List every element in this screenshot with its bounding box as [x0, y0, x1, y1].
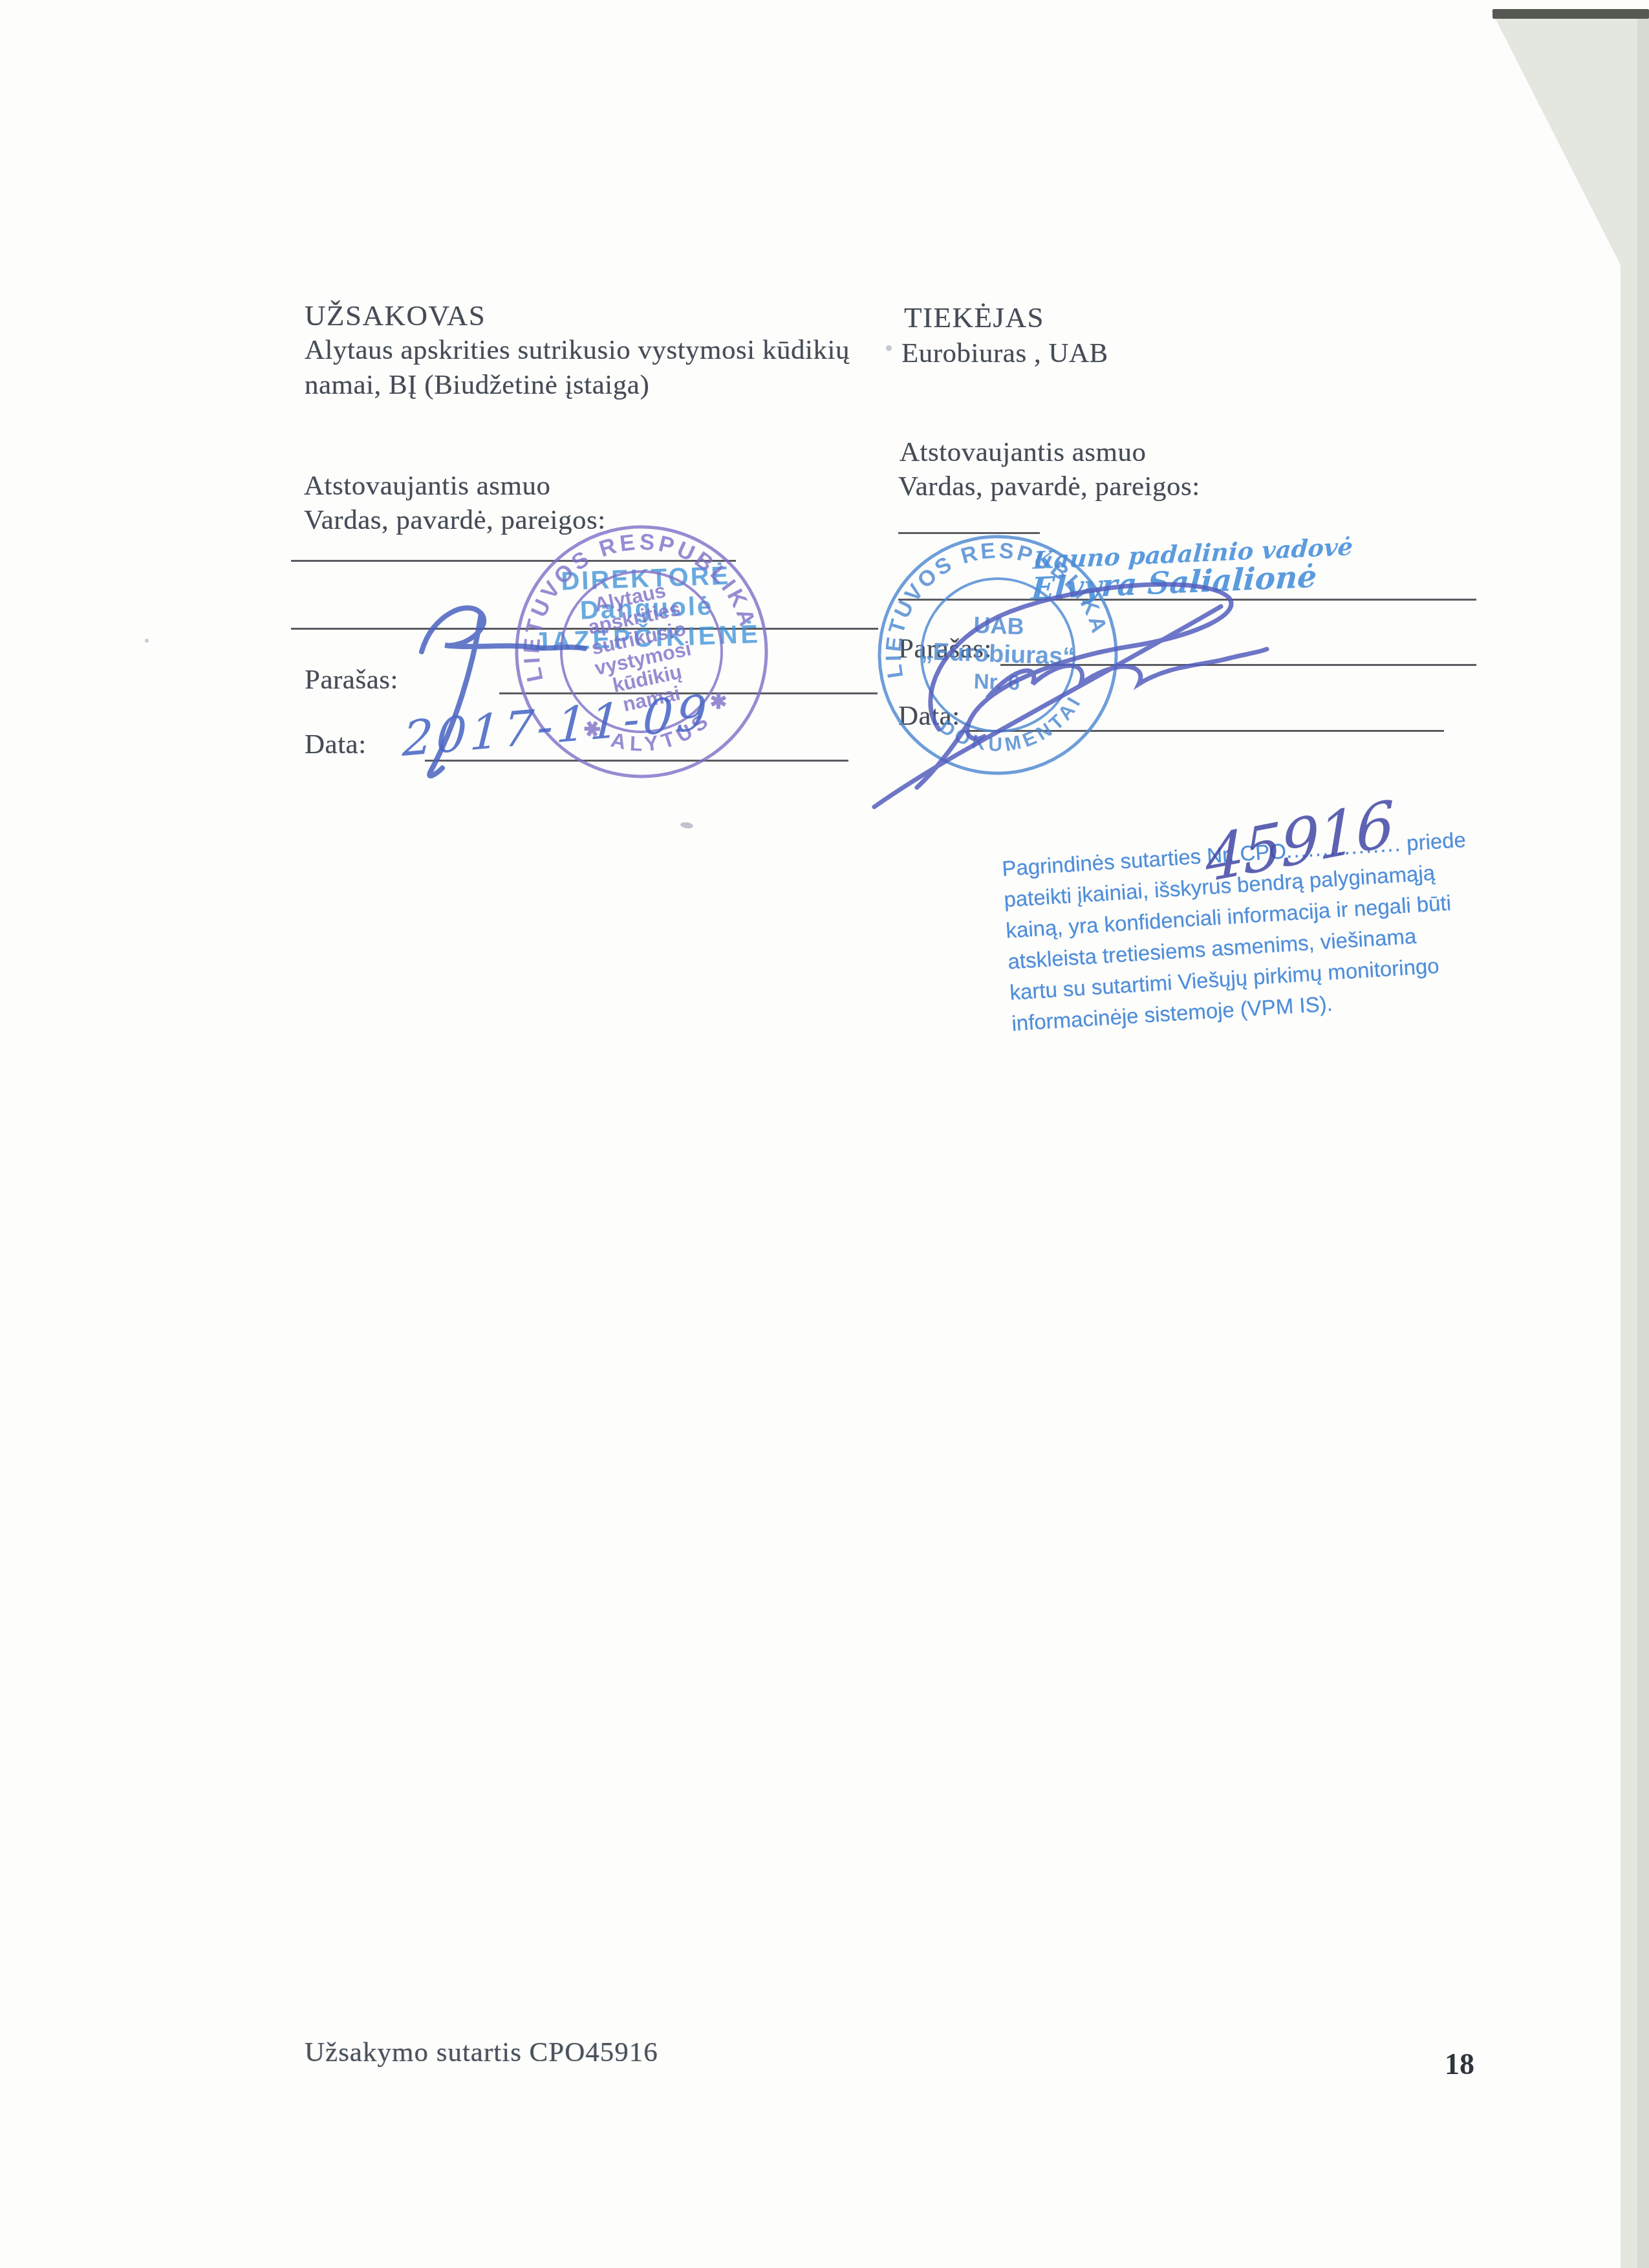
scan-top-shadow-band	[1493, 9, 1649, 19]
scan-speck	[680, 822, 693, 829]
page-number: 18	[1445, 2047, 1474, 2081]
scan-speck	[886, 345, 892, 351]
buyer-date-label: Data:	[305, 729, 367, 760]
supplier-date-label: Data:	[898, 700, 960, 732]
scanned-contract-page: UŽSAKOVAS Alytaus apskrities sutrikusio …	[0, 0, 1649, 2268]
supplier-stamp-center-3: Nr. 6	[973, 669, 1020, 694]
supplier-date-line	[967, 730, 1444, 732]
buyer-signature-label: Parašas:	[305, 664, 398, 696]
buyer-org-line2: namai, BĮ (Biudžetinė įstaiga)	[305, 369, 649, 401]
supplier-signature	[874, 584, 1267, 807]
supplier-name-label: Vardas, pavardė, pareigos:	[898, 471, 1200, 502]
supplier-signature-line	[1000, 664, 1476, 666]
buyer-name-line-1	[291, 560, 736, 562]
supplier-title: TIEKĖJAS	[904, 301, 1044, 334]
buyer-rep-label: Atstovaujantis asmuo	[304, 470, 550, 502]
buyer-org-line1: Alytaus apskrities sutrikusio vystymosi …	[305, 334, 850, 366]
footer-contract-reference: Užsakymo sutartis CPO45916	[305, 2037, 658, 2068]
supplier-rep-name-stamp: Kauno padalinio vadovė Elvyra Salialionė	[1030, 533, 1353, 606]
scan-speck	[145, 639, 149, 643]
buyer-director-line-stamp: DIREKTORĖ Danguolė JAZEPČIKIENĖ	[493, 559, 801, 658]
buyer-title: UŽSAKOVAS	[305, 299, 486, 332]
supplier-signature-label: Parašas:	[898, 633, 992, 665]
supplier-rep-label: Atstovaujantis asmuo	[900, 436, 1146, 468]
buyer-name-label: Vardas, pavardė, pareigos:	[304, 504, 606, 536]
conf-line-1-suffix: priede	[1406, 828, 1467, 855]
supplier-org: Eurobiuras , UAB	[901, 337, 1108, 369]
supplier-name-line-short	[898, 532, 1040, 534]
buyer-date-line	[425, 760, 848, 762]
buyer-handwritten-date: 2017-11-09	[402, 685, 711, 767]
scan-edge-shadow	[1637, 10, 1649, 2268]
